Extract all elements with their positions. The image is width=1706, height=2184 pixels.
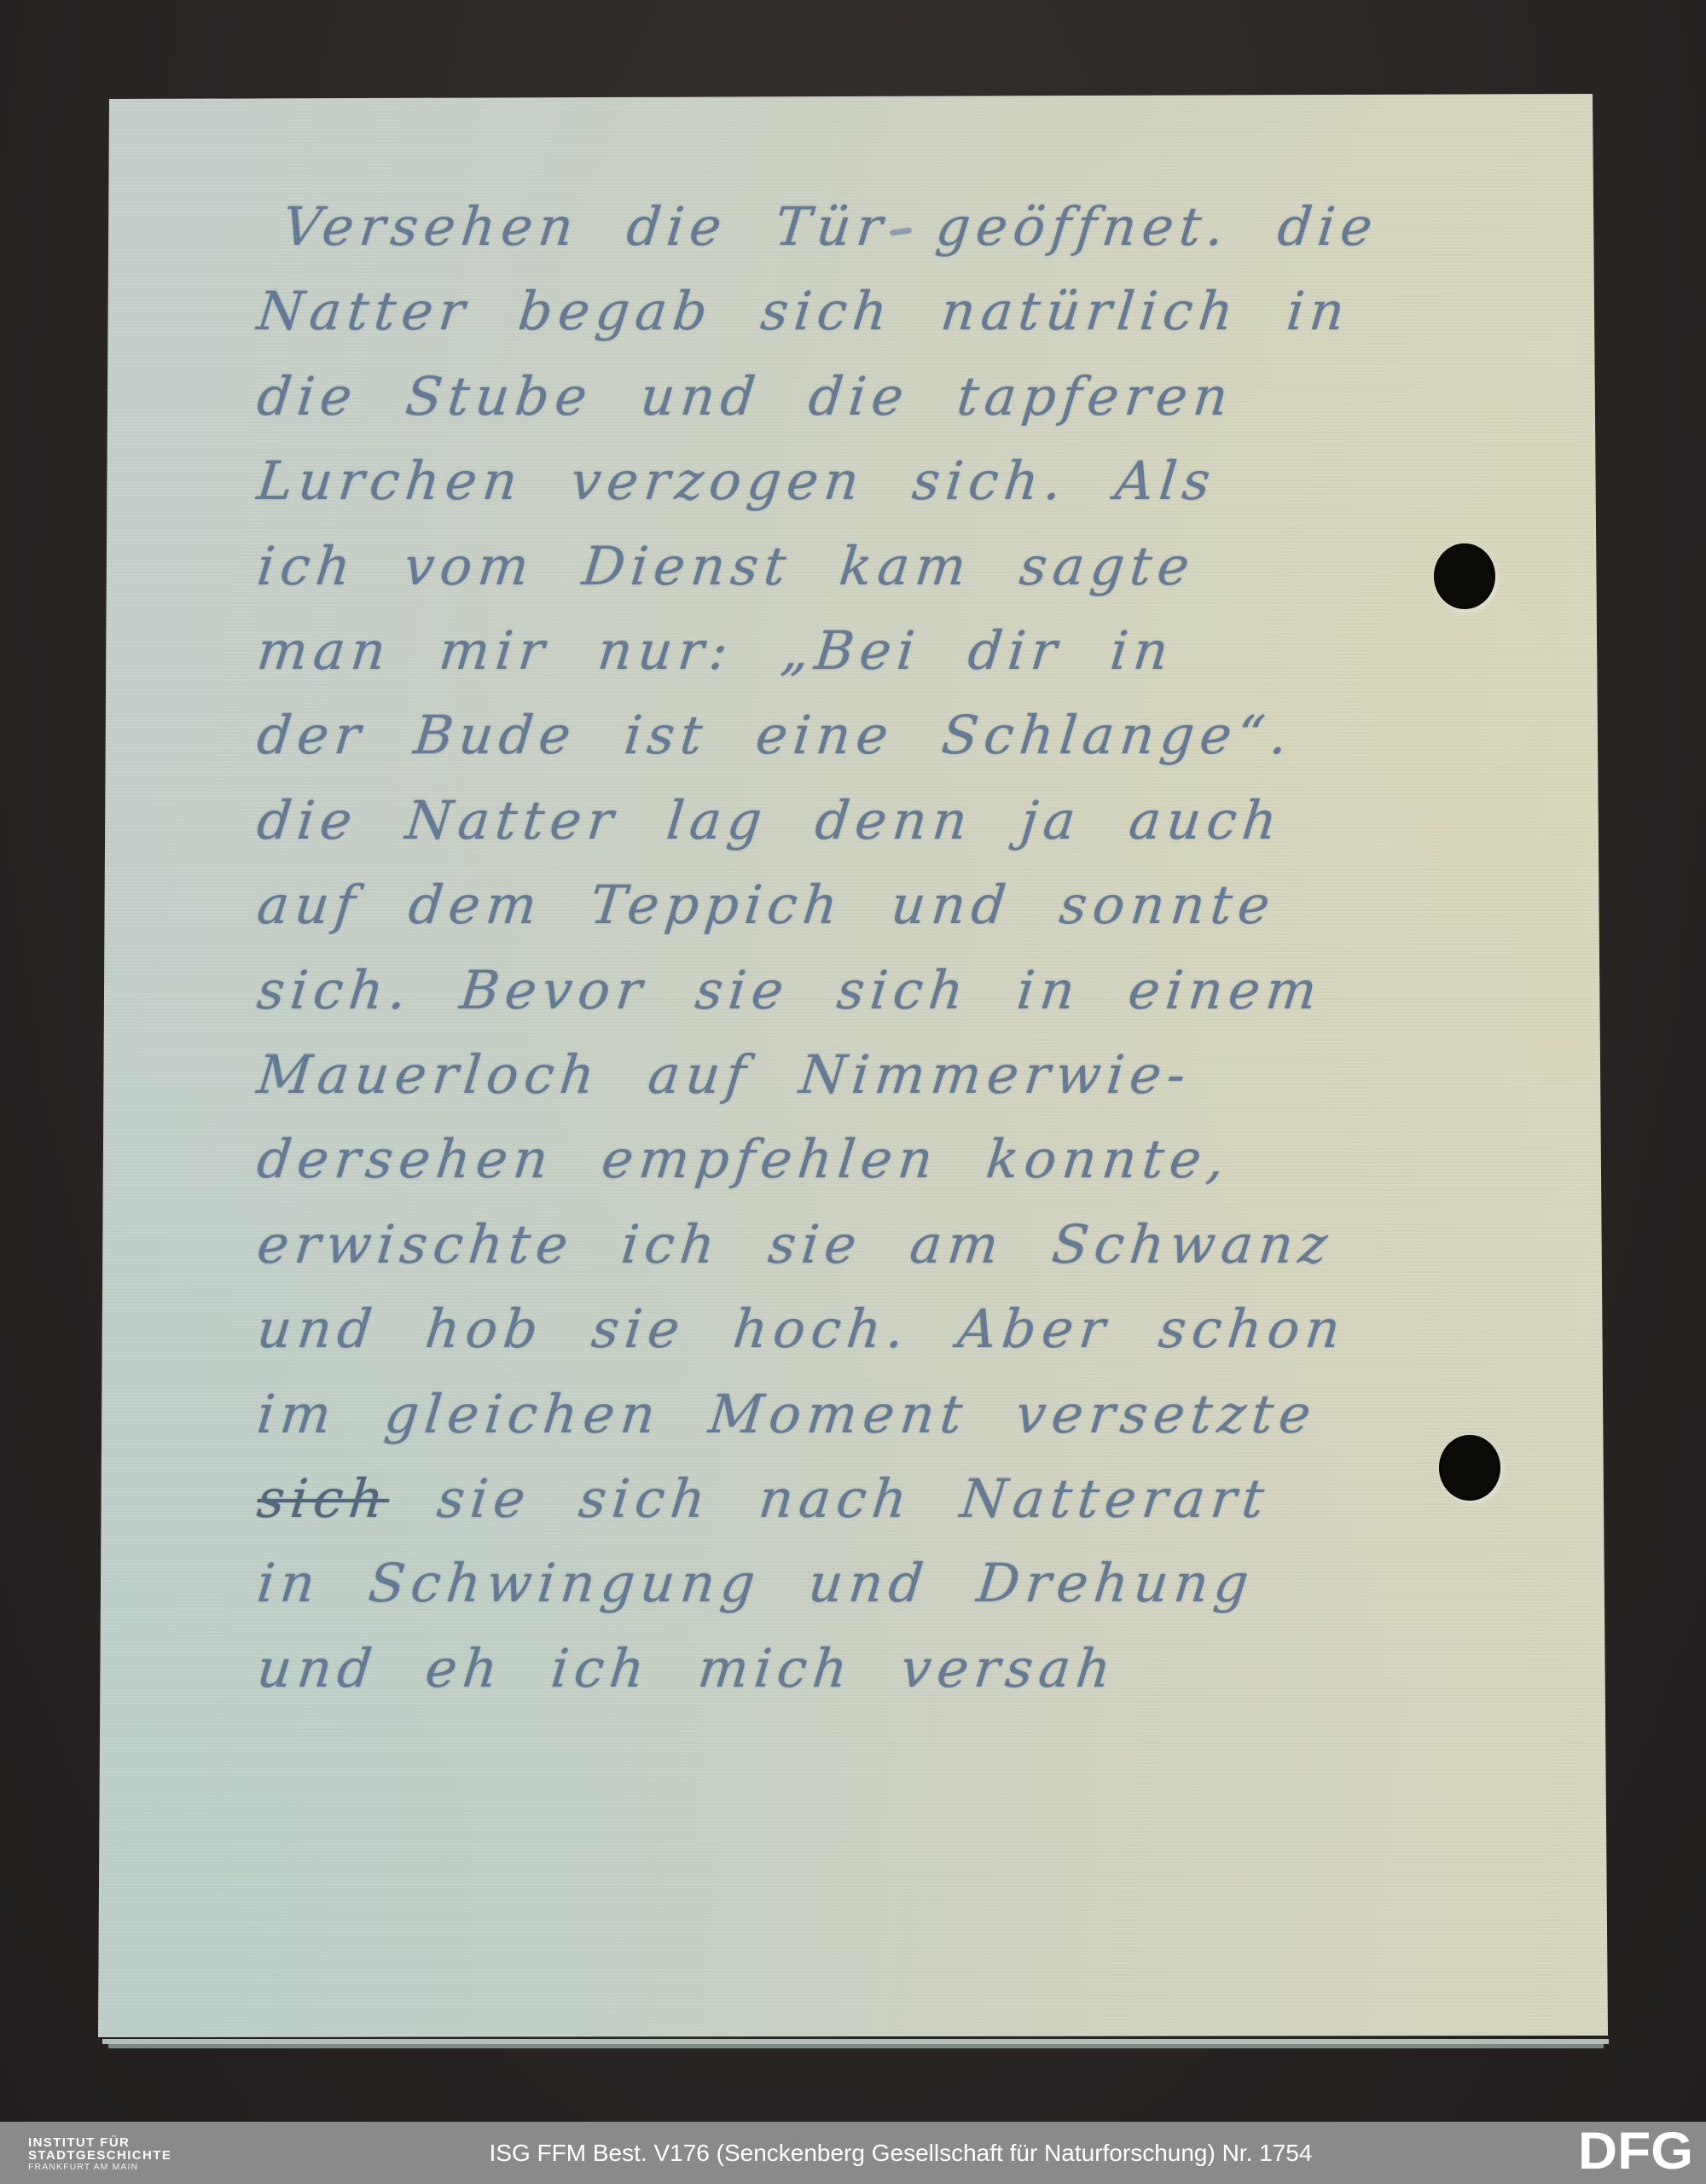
dfg-logo: DFG — [1578, 2120, 1693, 2181]
handwriting-line: die Natter lag denn ja auch — [254, 788, 1286, 853]
punch-hole-bottom — [1439, 1435, 1500, 1501]
handwriting-line: sich. Bevor sie sich in einem — [254, 958, 1326, 1023]
handwriting-line: Lurchen verzogen sich. Als — [254, 449, 1219, 514]
handwriting: Versehen die Tür geöffnet. dieNatter beg… — [96, 94, 1608, 2039]
handwriting-line: in Schwingung und Drehung — [254, 1551, 1257, 1616]
scan-viewport: { "document": { "kind": "handwritten let… — [0, 0, 1706, 2184]
handwriting-line: man mir nur: „Bei dir in — [254, 619, 1177, 683]
institution-city-line: FRANKFURT AM MAIN — [28, 2162, 171, 2173]
handwriting-line: ich vom Dienst kam sagte — [254, 534, 1198, 599]
handwriting-line: und hob sie hoch. Aber schon — [254, 1297, 1349, 1362]
institution-name-line: STADTGESCHICHTE — [28, 2149, 171, 2162]
punch-hole-top — [1434, 543, 1495, 609]
handwriting-line: der Bude ist eine Schlange“. — [254, 703, 1297, 768]
handwriting-line: dersehen empfehlen konnte, — [254, 1127, 1233, 1192]
handwriting-line: sich sie sich nach Natterart — [254, 1467, 1273, 1531]
handwriting-line: auf dem Teppich und sonnte — [254, 873, 1279, 938]
institution-logo: INSTITUT FÜR STADTGESCHICHTE FRANKFURT A… — [28, 2136, 171, 2173]
handwriting-line: erwischte ich sie am Schwanz — [254, 1212, 1336, 1277]
institution-name-line: INSTITUT FÜR — [28, 2136, 171, 2149]
stack-sheet-edge — [108, 2044, 1604, 2048]
handwriting-line: Versehen die Tür geöffnet. die — [280, 195, 1381, 259]
handwriting-line: die Stube und die tapferen — [254, 364, 1237, 429]
handwriting-line: und eh ich mich versah — [254, 1636, 1120, 1701]
handwriting-line: im gleichen Moment versetzte — [254, 1382, 1320, 1447]
paper-sheet: Versehen die Tür geöffnet. dieNatter beg… — [96, 94, 1608, 2039]
reference-signature-text: ISG FFM Best. V176 (Senckenberg Gesellsc… — [490, 2140, 1313, 2167]
handwriting-line: Natter begab sich natürlich in — [254, 279, 1354, 344]
handwriting-line: Mauerloch auf Nimmerwie- — [254, 1043, 1194, 1107]
struck-word: sich — [254, 1467, 392, 1530]
archive-info-bar: INSTITUT FÜR STADTGESCHICHTE FRANKFURT A… — [0, 2122, 1706, 2184]
